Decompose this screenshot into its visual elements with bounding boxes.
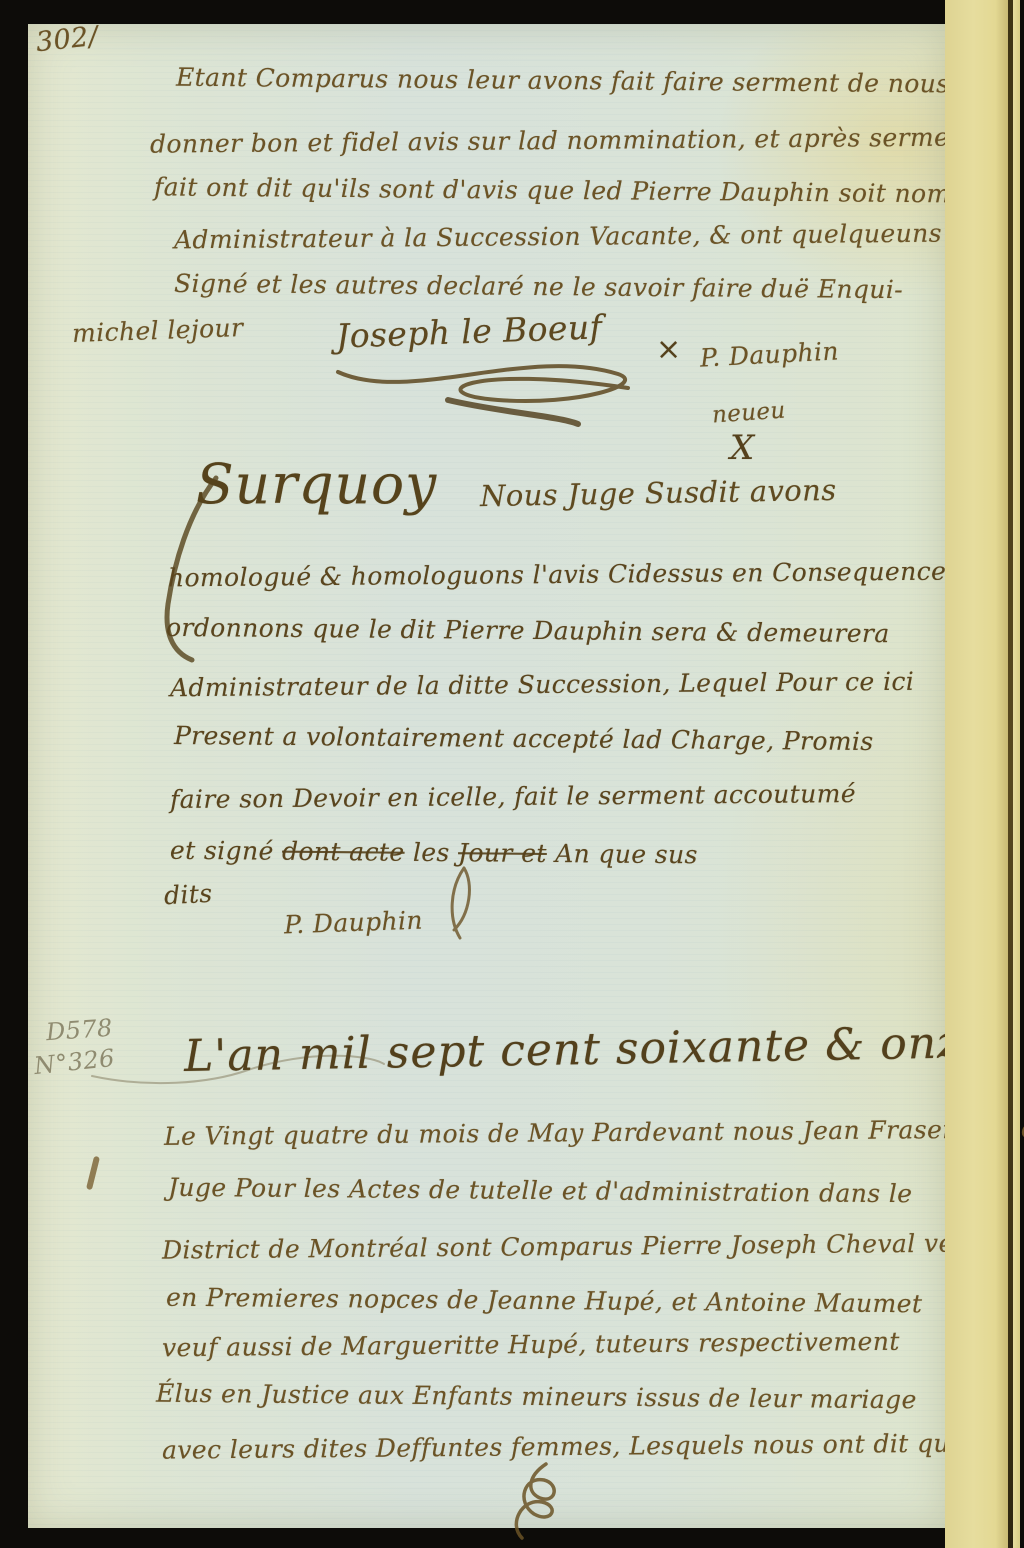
- interline-note-word: neueu: [711, 397, 786, 428]
- interline-x-mark-icon: X: [730, 428, 755, 468]
- signature-p-dauphin: P. Dauphin: [699, 336, 839, 372]
- paragraph2-line: faire son Devoir en icelle, fait le serm…: [170, 779, 856, 814]
- paragraph2-tail: dits: [163, 879, 213, 910]
- signature-joseph-le-boeuf: Joseph le Boeuf: [335, 307, 602, 355]
- stray-ink-mark: [86, 1156, 100, 1190]
- final-line-struck: dont acte: [282, 837, 405, 867]
- manuscript-page: 302/ Etant Comparus nous leur avons fait…: [28, 24, 945, 1528]
- paragraph1-line: donner bon et fidel avis sur lad nommina…: [150, 122, 976, 158]
- signature-michel-lejour: michel lejour: [72, 313, 244, 348]
- dauphin-x-mark-icon: ×: [656, 332, 682, 367]
- paragraph2-line: Administrateur de la ditte Succession, L…: [170, 667, 914, 702]
- final-line-part: An que sus: [547, 839, 698, 869]
- paragraph3-line: Le Vingt quatre du mois de May Pardevant…: [164, 1114, 1024, 1151]
- paragraph3-line: avec leurs dites Deffuntes femmes, Lesqu…: [162, 1428, 989, 1464]
- paragraph1-line: fait ont dit qu'ils sont d'avis que led …: [154, 172, 990, 208]
- act-heading: L'an mil sept cent soixante & onze: [184, 1017, 989, 1082]
- final-line-part: et signé: [170, 836, 282, 866]
- next-page-sliver: [1013, 0, 1020, 1548]
- paragraph2-line: Present a volontairement accepté lad Cha…: [174, 721, 874, 756]
- paragraph1-line: Administrateur à la Succession Vacante, …: [174, 219, 942, 255]
- paragraph2-lead-rest: Nous Juge Susdit avons: [480, 473, 837, 513]
- manuscript-scan: 302/ Etant Comparus nous leur avons fait…: [0, 0, 1024, 1548]
- signature-flourish: [328, 354, 658, 424]
- paragraph2-line: ordonnons que le dit Pierre Dauphin sera…: [166, 613, 890, 648]
- paragraph1-line: Etant Comparus nous leur avons fait fair…: [176, 63, 950, 99]
- paragraph3-line: Juge Pour les Actes de tutelle et d'admi…: [168, 1173, 913, 1208]
- paragraph3-line: veuf aussi de Margueritte Hupé, tuteurs …: [162, 1327, 900, 1362]
- page-fore-edge: [945, 0, 1008, 1548]
- paragraph1-line: Signé et les autres declaré ne le savoir…: [174, 269, 903, 304]
- final-line-part: les: [404, 838, 458, 867]
- margin-note-code: D578: [45, 1014, 113, 1047]
- bottom-paraph-flourish: [506, 1462, 576, 1548]
- paragraph2-final-line: et signé dont acte les Jour et An que su…: [170, 836, 698, 870]
- paragraph3-line: en Premieres nopces de Jeanne Hupé, et A…: [166, 1283, 923, 1319]
- paragraph3-line: District de Montréal sont Comparus Pierr…: [162, 1228, 980, 1264]
- folio-number: 302/: [35, 21, 100, 58]
- dauphin-paraph-flourish: [440, 864, 480, 944]
- paragraph3-line: Élus en Justice aux Enfants mineurs issu…: [156, 1379, 917, 1415]
- signature-p-dauphin-2: P. Dauphin: [284, 906, 424, 940]
- paragraph2-line: homologué & homologuons l'avis Cidessus …: [168, 557, 946, 593]
